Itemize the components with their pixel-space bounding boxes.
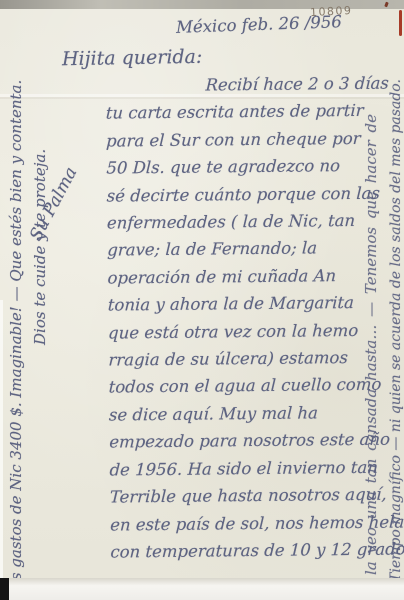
letter-line: que está otra vez con la hemo [108,316,404,347]
scan-edge-bottom [0,578,404,600]
letter-scan: 10809 México feb. 26 /956 Hijita querida… [0,0,404,600]
letter-line: en este país de sol, nos hemos helado [110,508,404,539]
right-margin-note-1: Tiempo magnífico — ni quien se acuerda d… [388,79,404,582]
letter-line: de 1956. Ha sido el invierno tan [109,453,404,484]
scan-corner-black [0,578,9,600]
letter-line: tu carta escrita antes de partir [105,97,402,128]
letter-line: Recibí hace 2 o 3 días [105,69,402,100]
letter-line: se dice aquí. Muy mal ha [108,398,404,429]
letter-line: grave; la de Fernando; la [107,234,404,265]
letter-line: Terrible que hasta nosotros aquí, [109,481,404,512]
letter-line: enfermedades ( la de Nic, tan [106,206,403,237]
left-margin-note-1: los gastos de Nic 3400 $. Imaginable! — … [7,80,25,594]
right-margin-note-2: la veo una tan cansada hasta… — Tenemos … [362,114,380,575]
red-edge-mark [399,10,402,36]
letter-line: tonia y ahora la de Margarita [107,289,404,320]
letter-line: sé decirte cuánto porque con las [106,179,403,210]
letter-line: operación de mi cuñada An [107,261,404,292]
paper-edge-left [0,300,3,578]
letter-line: con temperaturas de 10 y 12 grados [110,535,404,566]
letter-line: rragia de su úlcera) estamos [108,344,404,375]
left-margin-note-2: Dios te cuide y te proteja. [31,149,49,345]
letter-line: empezado para nosotros este año [109,426,404,457]
letter-body: Recibí hace 2 o 3 días tu carta escrita … [105,69,404,565]
letter-line: para el Sur con un cheque por [106,124,403,155]
letter-line: 50 Dls. que te agradezco no [106,152,403,183]
greeting: Hijita querida: [62,46,203,70]
letter-line: todos con el agua al cuello como [108,371,404,402]
